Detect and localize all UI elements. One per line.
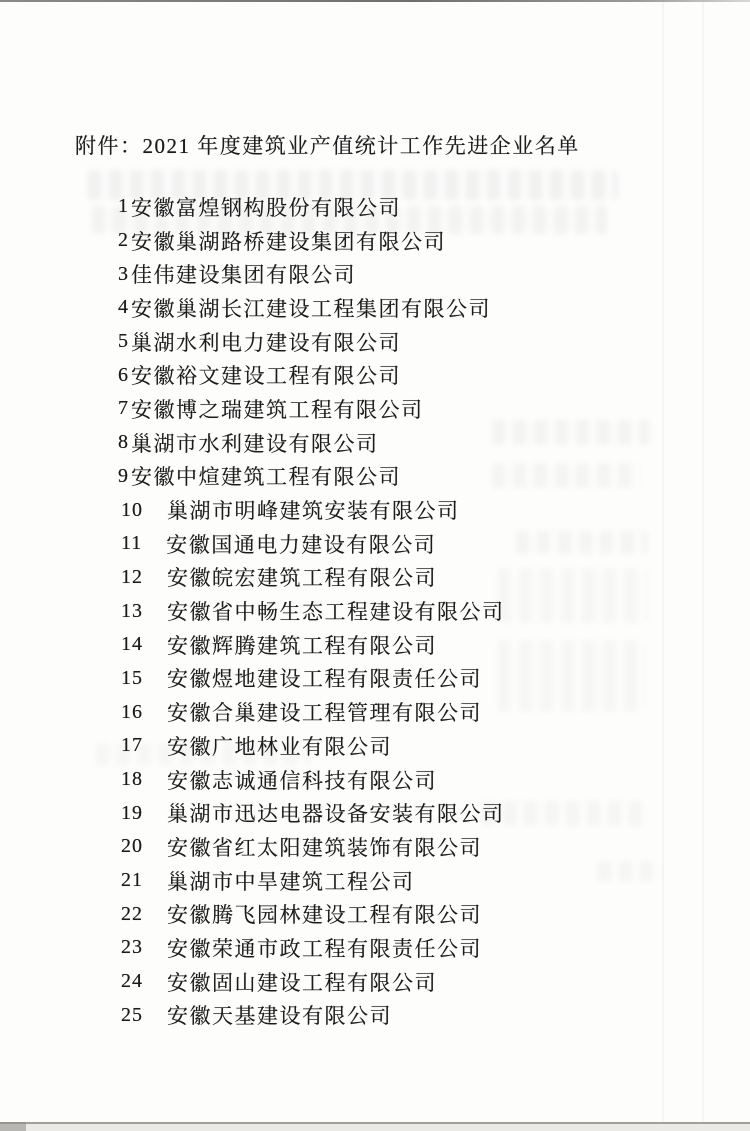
list-item-number: 20 (121, 835, 143, 858)
list-item-number: 1 (118, 195, 129, 218)
list-item-number: 16 (121, 701, 143, 724)
scanned-document-page: 附件：2021 年度建筑业产值统计工作先进企业名单 1 安徽富煌钢构股份有限公司… (0, 0, 750, 1131)
list-item: 15 安徽煜地建设工程有限责任公司 (118, 662, 505, 696)
list-item: 19 巢湖市迅达电器设备安装有限公司 (118, 796, 505, 830)
document-title: 附件：2021 年度建筑业产值统计工作先进企业名单 (75, 130, 580, 160)
company-name: 安徽广地林业有限公司 (167, 731, 392, 761)
list-item-number: 10 (121, 499, 143, 522)
company-name: 安徽巢湖长江建设工程集团有限公司 (131, 293, 491, 323)
bleedthrough-smudge (482, 801, 648, 826)
company-name: 安徽中煊建筑工程有限公司 (131, 461, 401, 491)
list-item: 4 安徽巢湖长江建设工程集团有限公司 (118, 291, 505, 325)
scan-edge-bottom-corner (0, 1122, 26, 1131)
company-name: 安徽辉腾建筑工程有限公司 (167, 630, 437, 660)
bleedthrough-smudge (498, 640, 646, 712)
list-item: 21 巢湖市中旱建筑工程公司 (118, 864, 505, 898)
company-name: 安徽皖宏建筑工程有限公司 (167, 562, 437, 592)
list-item: 5 巢湖水利电力建设有限公司 (118, 325, 505, 359)
company-name: 佳伟建设集团有限公司 (131, 259, 356, 289)
list-item: 12 安徽皖宏建筑工程有限公司 (118, 561, 505, 595)
scan-streak (662, 0, 664, 1131)
list-item-number: 18 (121, 768, 143, 791)
company-name: 巢湖市迅达电器设备安装有限公司 (167, 798, 505, 828)
company-name: 安徽巢湖路桥建设集团有限公司 (131, 226, 446, 256)
list-item: 1 安徽富煌钢构股份有限公司 (118, 190, 505, 224)
list-item-number: 22 (121, 903, 143, 926)
company-name: 巢湖市中旱建筑工程公司 (167, 866, 415, 896)
list-item-number: 9 (118, 465, 129, 488)
list-item: 18 安徽志诚通信科技有限公司 (118, 763, 505, 797)
company-name: 安徽裕文建设工程有限公司 (131, 360, 401, 390)
bleedthrough-smudge (598, 861, 653, 882)
company-name: 安徽国通电力建设有限公司 (166, 529, 436, 559)
list-item: 25 安徽天基建设有限公司 (118, 999, 505, 1033)
list-item: 6 安徽裕文建设工程有限公司 (118, 358, 505, 392)
company-name: 巢湖水利电力建设有限公司 (131, 327, 401, 357)
company-name: 安徽煜地建设工程有限责任公司 (167, 663, 482, 693)
scan-streak (702, 0, 704, 1131)
bleedthrough-smudge (498, 568, 648, 623)
company-name: 巢湖市明峰建筑安装有限公司 (167, 495, 460, 525)
list-item-number: 17 (121, 734, 143, 757)
list-item-number: 3 (118, 263, 129, 286)
company-name: 安徽博之瑞建筑工程有限公司 (131, 394, 424, 424)
list-item: 14 安徽辉腾建筑工程有限公司 (118, 628, 505, 662)
list-item: 17 安徽广地林业有限公司 (118, 729, 505, 763)
list-item: 20 安徽省红太阳建筑装饰有限公司 (118, 830, 505, 864)
list-item-number: 7 (118, 397, 129, 420)
company-name: 安徽固山建设工程有限公司 (167, 967, 437, 997)
bleedthrough-smudge (492, 420, 650, 445)
company-name: 安徽合巢建设工程管理有限公司 (167, 697, 482, 727)
list-item: 22 安徽腾飞园林建设工程有限公司 (118, 897, 505, 931)
list-item: 10 巢湖市明峰建筑安装有限公司 (118, 493, 505, 527)
list-item: 7 安徽博之瑞建筑工程有限公司 (118, 392, 505, 426)
list-item-number: 5 (118, 330, 129, 353)
list-item-number: 6 (118, 364, 129, 387)
list-item-number: 21 (121, 869, 143, 892)
list-item-number: 4 (118, 296, 129, 319)
list-item: 2 安徽巢湖路桥建设集团有限公司 (118, 224, 505, 258)
list-item-number: 23 (121, 936, 143, 959)
company-name: 安徽腾飞园林建设工程有限公司 (167, 899, 482, 929)
company-name: 安徽富煌钢构股份有限公司 (131, 192, 401, 222)
list-item: 3 佳伟建设集团有限公司 (118, 257, 505, 291)
list-item: 24 安徽固山建设工程有限公司 (118, 965, 505, 999)
list-item: 23 安徽荣通市政工程有限责任公司 (118, 931, 505, 965)
bleedthrough-smudge (516, 531, 648, 554)
list-item-number: 14 (121, 633, 143, 656)
list-item-number: 11 (121, 532, 142, 555)
scan-edge-bottom (0, 1122, 750, 1131)
bleedthrough-smudge (492, 463, 640, 488)
list-item-number: 12 (121, 566, 143, 589)
list-item: 11 安徽国通电力建设有限公司 (118, 527, 505, 561)
list-item-number: 24 (121, 970, 143, 993)
company-name: 安徽省红太阳建筑装饰有限公司 (167, 832, 482, 862)
scan-edge-top (0, 0, 750, 2)
company-name: 安徽省中畅生态工程建设有限公司 (167, 596, 505, 626)
list-item-number: 2 (118, 229, 129, 252)
list-item-number: 8 (118, 431, 129, 454)
company-list: 1 安徽富煌钢构股份有限公司 2 安徽巢湖路桥建设集团有限公司 3 佳伟建设集团… (118, 190, 505, 1032)
company-name: 安徽天基建设有限公司 (167, 1000, 392, 1030)
list-item-number: 19 (121, 802, 143, 825)
list-item: 16 安徽合巢建设工程管理有限公司 (118, 695, 505, 729)
list-item: 13 安徽省中畅生态工程建设有限公司 (118, 594, 505, 628)
list-item: 9 安徽中煊建筑工程有限公司 (118, 460, 505, 494)
list-item: 8 巢湖市水利建设有限公司 (118, 426, 505, 460)
company-name: 安徽志诚通信科技有限公司 (167, 765, 437, 795)
list-item-number: 25 (121, 1004, 143, 1027)
list-item-number: 13 (121, 600, 143, 623)
list-item-number: 15 (121, 667, 143, 690)
company-name: 巢湖市水利建设有限公司 (131, 428, 379, 458)
company-name: 安徽荣通市政工程有限责任公司 (167, 933, 482, 963)
